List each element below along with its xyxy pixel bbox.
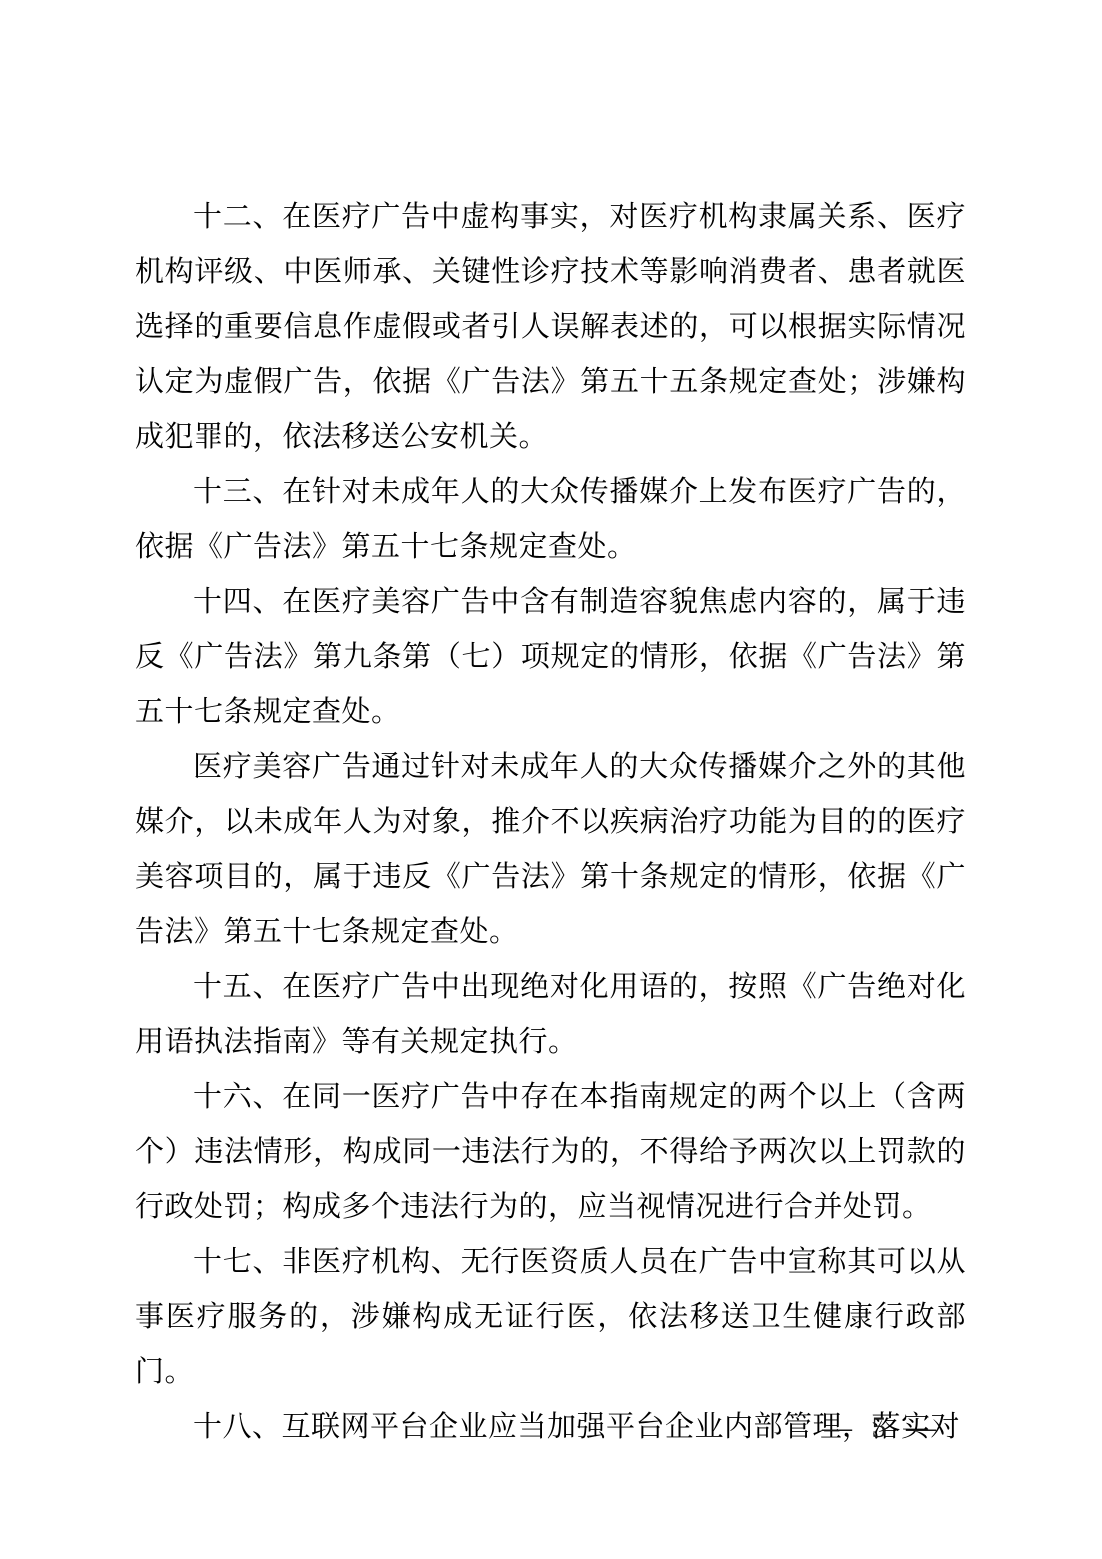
clause-15: 十五、在医疗广告中出现绝对化用语的，按照《广告绝对化用语执法指南》等有关规定执行…	[135, 960, 966, 1070]
clause-14: 十四、在医疗美容广告中含有制造容貌焦虑内容的，属于违反《广告法》第九条第（七）项…	[135, 575, 966, 740]
page-number: — 5 —	[822, 1405, 942, 1450]
document-body: 十二、在医疗广告中虚构事实，对医疗机构隶属关系、医疗机构评级、中医师承、关键性诊…	[135, 190, 966, 1455]
clause-16: 十六、在同一医疗广告中存在本指南规定的两个以上（含两个）违法情形，构成同一违法行…	[135, 1070, 966, 1235]
clause-12: 十二、在医疗广告中虚构事实，对医疗机构隶属关系、医疗机构评级、中医师承、关键性诊…	[135, 190, 966, 465]
clause-13: 十三、在针对未成年人的大众传播媒介上发布医疗广告的，依据《广告法》第五十七条规定…	[135, 465, 966, 575]
document-page: 十二、在医疗广告中虚构事实，对医疗机构隶属关系、医疗机构评级、中医师承、关键性诊…	[0, 0, 1102, 1559]
clause-14-continuation: 医疗美容广告通过针对未成年人的大众传播媒介之外的其他媒介，以未成年人为对象，推介…	[135, 740, 966, 960]
clause-17: 十七、非医疗机构、无行医资质人员在广告中宣称其可以从事医疗服务的，涉嫌构成无证行…	[135, 1235, 966, 1400]
